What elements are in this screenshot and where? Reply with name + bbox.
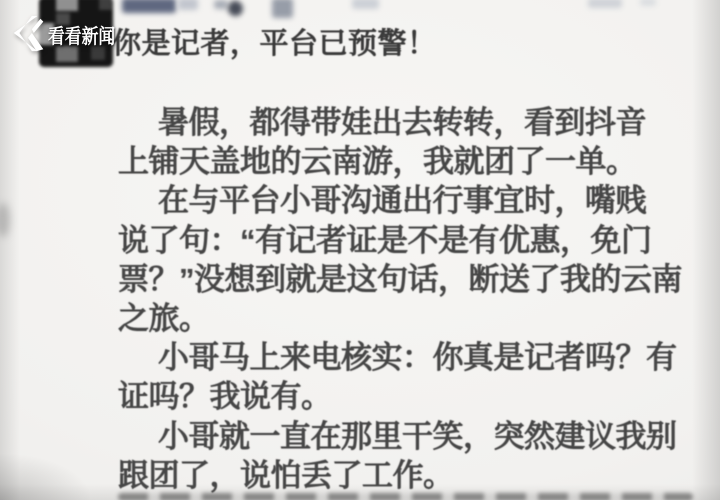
watermark-text: 看看新闻 [48, 20, 115, 49]
post-text-line: 票？”没想到就是这句话，断送了我的云南 [118, 260, 718, 299]
post-text-line: 证吗？我说有。 [118, 377, 718, 416]
avatar-pattern [99, 0, 112, 10]
post-text-line: 在与平台小哥沟通出行事宜时，嘴贱 [118, 181, 718, 220]
blur-blob [214, 0, 228, 9]
blur-blob [272, 0, 293, 18]
blur-blob [588, 0, 622, 8]
post-text-line: 小哥马上来电核实：你真是记者吗？有 [118, 338, 718, 377]
post-text-line: 之旅。 [118, 299, 718, 338]
blur-blob [178, 0, 198, 10]
video-frame: 看看新闻 你是记者，平台已预警！ 暑假，都得带娃出去转转，看到抖音 上铺天盖地的… [0, 0, 720, 500]
post-text-line: 暑假，都得带娃出去转转，看到抖音 [118, 103, 718, 142]
vignette-left [0, 0, 20, 500]
edge-smudge [0, 203, 10, 237]
post-text-line: 上铺天盖地的云南游，我就团了一单。 [118, 142, 718, 181]
kankanews-watermark: 看看新闻 [8, 13, 128, 55]
post-text-line: 跟团了，说怕丢了工作。 [118, 456, 718, 495]
blur-blob [640, 0, 656, 6]
post-body: 暑假，都得带娃出去转转，看到抖音 上铺天盖地的云南游，我就团了一单。 在与平台小… [118, 103, 718, 495]
cutoff-next-line [118, 493, 693, 500]
post-title: 你是记者，平台已预警！ [112, 27, 437, 62]
vignette-corner [0, 454, 90, 500]
blur-blob [225, 0, 246, 19]
kankanews-logo-icon [8, 13, 50, 55]
post-text-line: 小哥就一直在那里干笑，突然建议我别 [118, 417, 718, 456]
blur-blob [122, 0, 176, 13]
post-text-line: 说了句：“有记者证是不是有优惠，免门 [118, 221, 718, 260]
blur-blob [352, 0, 379, 9]
avatar-pattern [56, 0, 78, 11]
